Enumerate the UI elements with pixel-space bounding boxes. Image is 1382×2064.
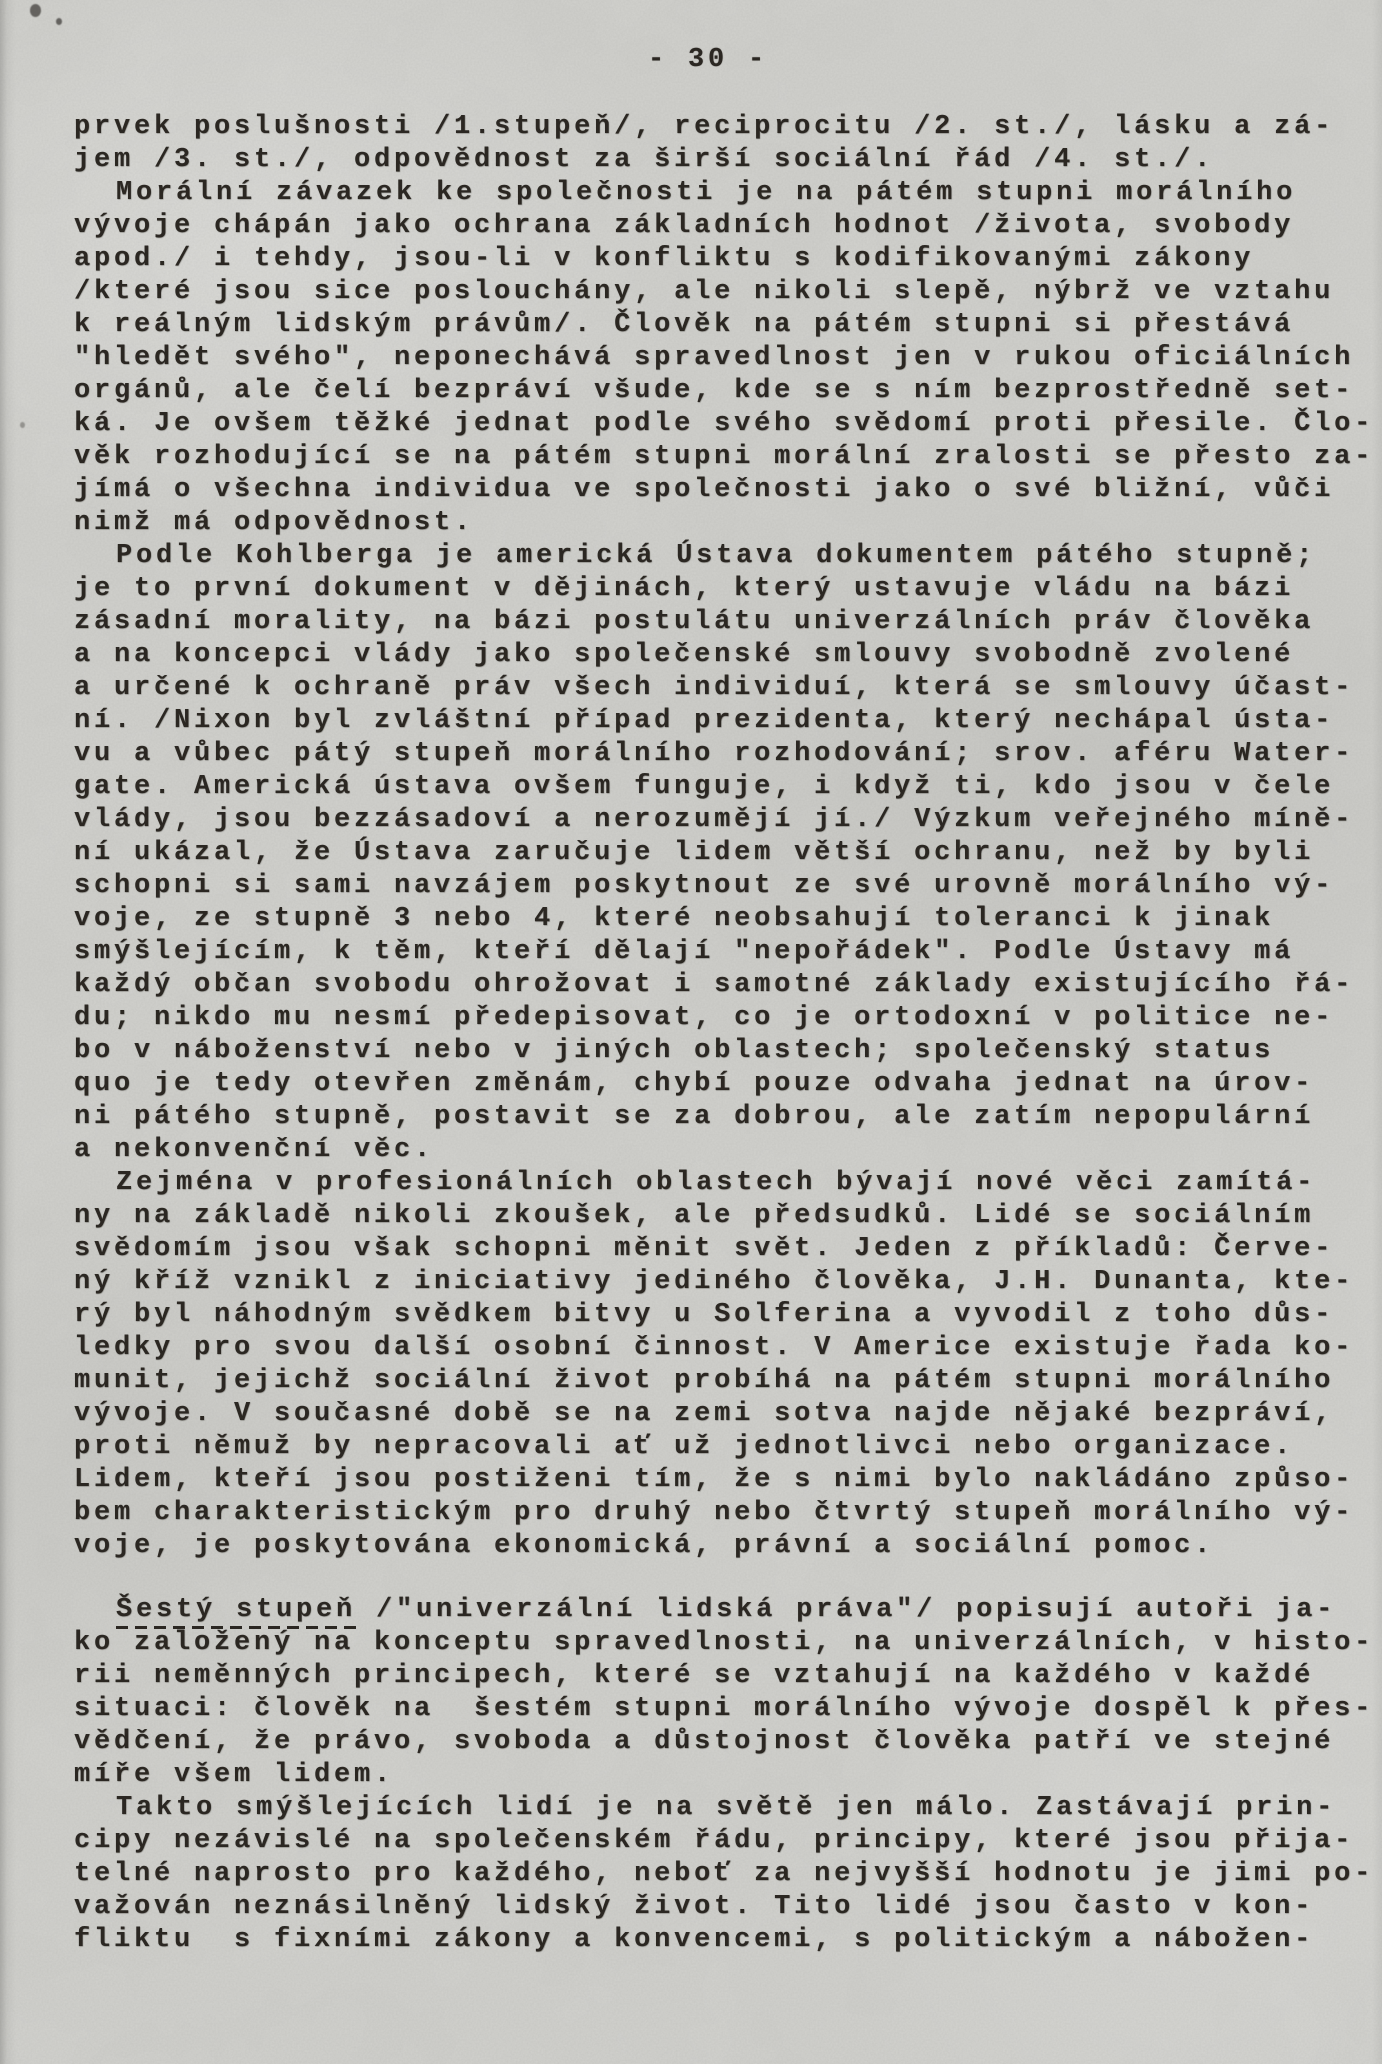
text-line: bem charakteristickým pro druhý nebo čtv… (74, 1497, 1370, 1530)
text-line: bo v náboženství nebo v jiných oblastech… (74, 1035, 1370, 1068)
scanned-document-page: - 30 - prvek poslušnosti /1.stupeň/, rec… (0, 0, 1382, 2064)
text-line: ká. Je ovšem těžké jednat podle svého sv… (74, 408, 1370, 441)
text-line: vývoje chápán jako ochrana základních ho… (74, 210, 1370, 243)
text-line: k reálným lidským právům/. Člověk na pát… (74, 309, 1370, 342)
text-line: je to první dokument v dějinách, který u… (74, 573, 1370, 606)
text-line: munit, jejichž sociální život probíhá na… (74, 1365, 1370, 1398)
scan-speck (56, 18, 62, 25)
text-line: du; nikdo mu nesmí předepisovat, co je o… (74, 1002, 1370, 1035)
text-line: jem /3. st./, odpovědnost za širší sociá… (74, 144, 1370, 177)
text-line: apod./ i tehdy, jsou-li v konfliktu s ko… (74, 243, 1370, 276)
text-line: věk rozhodující se na pátém stupni morál… (74, 441, 1370, 474)
text-line: ný kříž vznikl z iniciativy jediného člo… (74, 1266, 1370, 1299)
text-line: ny na základě nikoli zkoušek, ale předsu… (74, 1200, 1370, 1233)
text-line: fliktu s fixními zákony a konvencemi, s … (74, 1924, 1370, 1957)
text-line: "hledět svého", neponechává spravedlnost… (74, 342, 1370, 375)
text-line: schopni si sami navzájem poskytnout ze s… (74, 870, 1370, 903)
paragraph: Morální závazek ke společnosti je na pát… (74, 177, 1370, 540)
text-line: zásadní morality, na bázi postulátu univ… (74, 606, 1370, 639)
scan-speck (20, 422, 25, 428)
text-line: voje, je poskytována ekonomická, právní … (74, 1530, 1370, 1563)
text-line: Šestý stupeň /"univerzální lidská práva"… (74, 1594, 1370, 1627)
paragraph: prvek poslušnosti /1.stupeň/, reciprocit… (74, 111, 1370, 177)
text-line: ledky pro svou další osobní činnost. V A… (74, 1332, 1370, 1365)
text-line: voje, ze stupně 3 nebo 4, které neobsahu… (74, 903, 1370, 936)
underlined-heading: Šestý stupeň (116, 1595, 356, 1630)
text-line: vědčení, že právo, svoboda a důstojnost … (74, 1726, 1370, 1759)
scan-speck (30, 4, 41, 17)
text-line: smýšlejícím, k těm, kteří dělají "nepořá… (74, 936, 1370, 969)
text-line: vlády, jsou bezzásadoví a nerozumějí jí.… (74, 804, 1370, 837)
text-line: a určené k ochraně práv všech individuí,… (74, 672, 1370, 705)
paragraph: Šestý stupeň /"univerzální lidská práva"… (74, 1594, 1370, 1792)
text-line: Morální závazek ke společnosti je na pát… (74, 177, 1370, 210)
text-line: nimž má odpovědnost. (74, 507, 1370, 540)
paragraph: Takto smýšlejících lidí je na světě jen … (74, 1792, 1370, 1957)
text-line: cipy nezávislé na společenském řádu, pri… (74, 1825, 1370, 1858)
text-line: orgánů, ale čelí bezpráví všude, kde se … (74, 375, 1370, 408)
text-line: ní. /Nixon byl zvláštní případ prezident… (74, 705, 1370, 738)
paragraph: Zejména v profesionálních oblastech býva… (74, 1167, 1370, 1563)
page-number: - 30 - (648, 44, 768, 77)
text-line: ni pátého stupně, postavit se za dobrou,… (74, 1101, 1370, 1134)
text-line: Takto smýšlejících lidí je na světě jen … (74, 1792, 1370, 1825)
text-line: telné naprosto pro každého, neboť za nej… (74, 1858, 1370, 1891)
text-line: Lidem, kteří jsou postiženi tím, že s ni… (74, 1464, 1370, 1497)
text-line: vu a vůbec pátý stupeň morálního rozhodo… (74, 738, 1370, 771)
text-line: vývoje. V současné době se na zemi sotva… (74, 1398, 1370, 1431)
text-line: svědomím jsou však schopni měnit svět. J… (74, 1233, 1370, 1266)
text-line: važován neznásilněný lidský život. Tito … (74, 1891, 1370, 1924)
text-line: ko založený na konceptu spravedlnosti, n… (74, 1627, 1370, 1660)
text-line: každý občan svobodu ohrožovat i samotné … (74, 969, 1370, 1002)
text-line: Podle Kohlberga je americká Ústava dokum… (74, 540, 1370, 573)
text-line: situaci: člověk na šestém stupni morální… (74, 1693, 1370, 1726)
text-line: /které jsou sice poslouchány, ale nikoli… (74, 276, 1370, 309)
text-line: proti němuž by nepracovali ať už jednotl… (74, 1431, 1370, 1464)
paragraph: Podle Kohlberga je americká Ústava dokum… (74, 540, 1370, 1167)
text-line: Zejména v profesionálních oblastech býva… (74, 1167, 1370, 1200)
text-line: ní ukázal, že Ústava zaručuje lidem větš… (74, 837, 1370, 870)
document-text: prvek poslušnosti /1.stupeň/, reciprocit… (74, 111, 1370, 1957)
text-line: jímá o všechna individua ve společnosti … (74, 474, 1370, 507)
text-line: rii neměnných principech, které se vztah… (74, 1660, 1370, 1693)
text-line: a nekonvenční věc. (74, 1134, 1370, 1167)
text-line: quo je tedy otevřen změnám, chybí pouze … (74, 1068, 1370, 1101)
text-line: prvek poslušnosti /1.stupeň/, reciprocit… (74, 111, 1370, 144)
text-line: rý byl náhodným svědkem bitvy u Solferin… (74, 1299, 1370, 1332)
text-line: míře všem lidem. (74, 1759, 1370, 1792)
text-line: a na koncepci vlády jako společenské sml… (74, 639, 1370, 672)
text-line: gate. Americká ústava ovšem funguje, i k… (74, 771, 1370, 804)
